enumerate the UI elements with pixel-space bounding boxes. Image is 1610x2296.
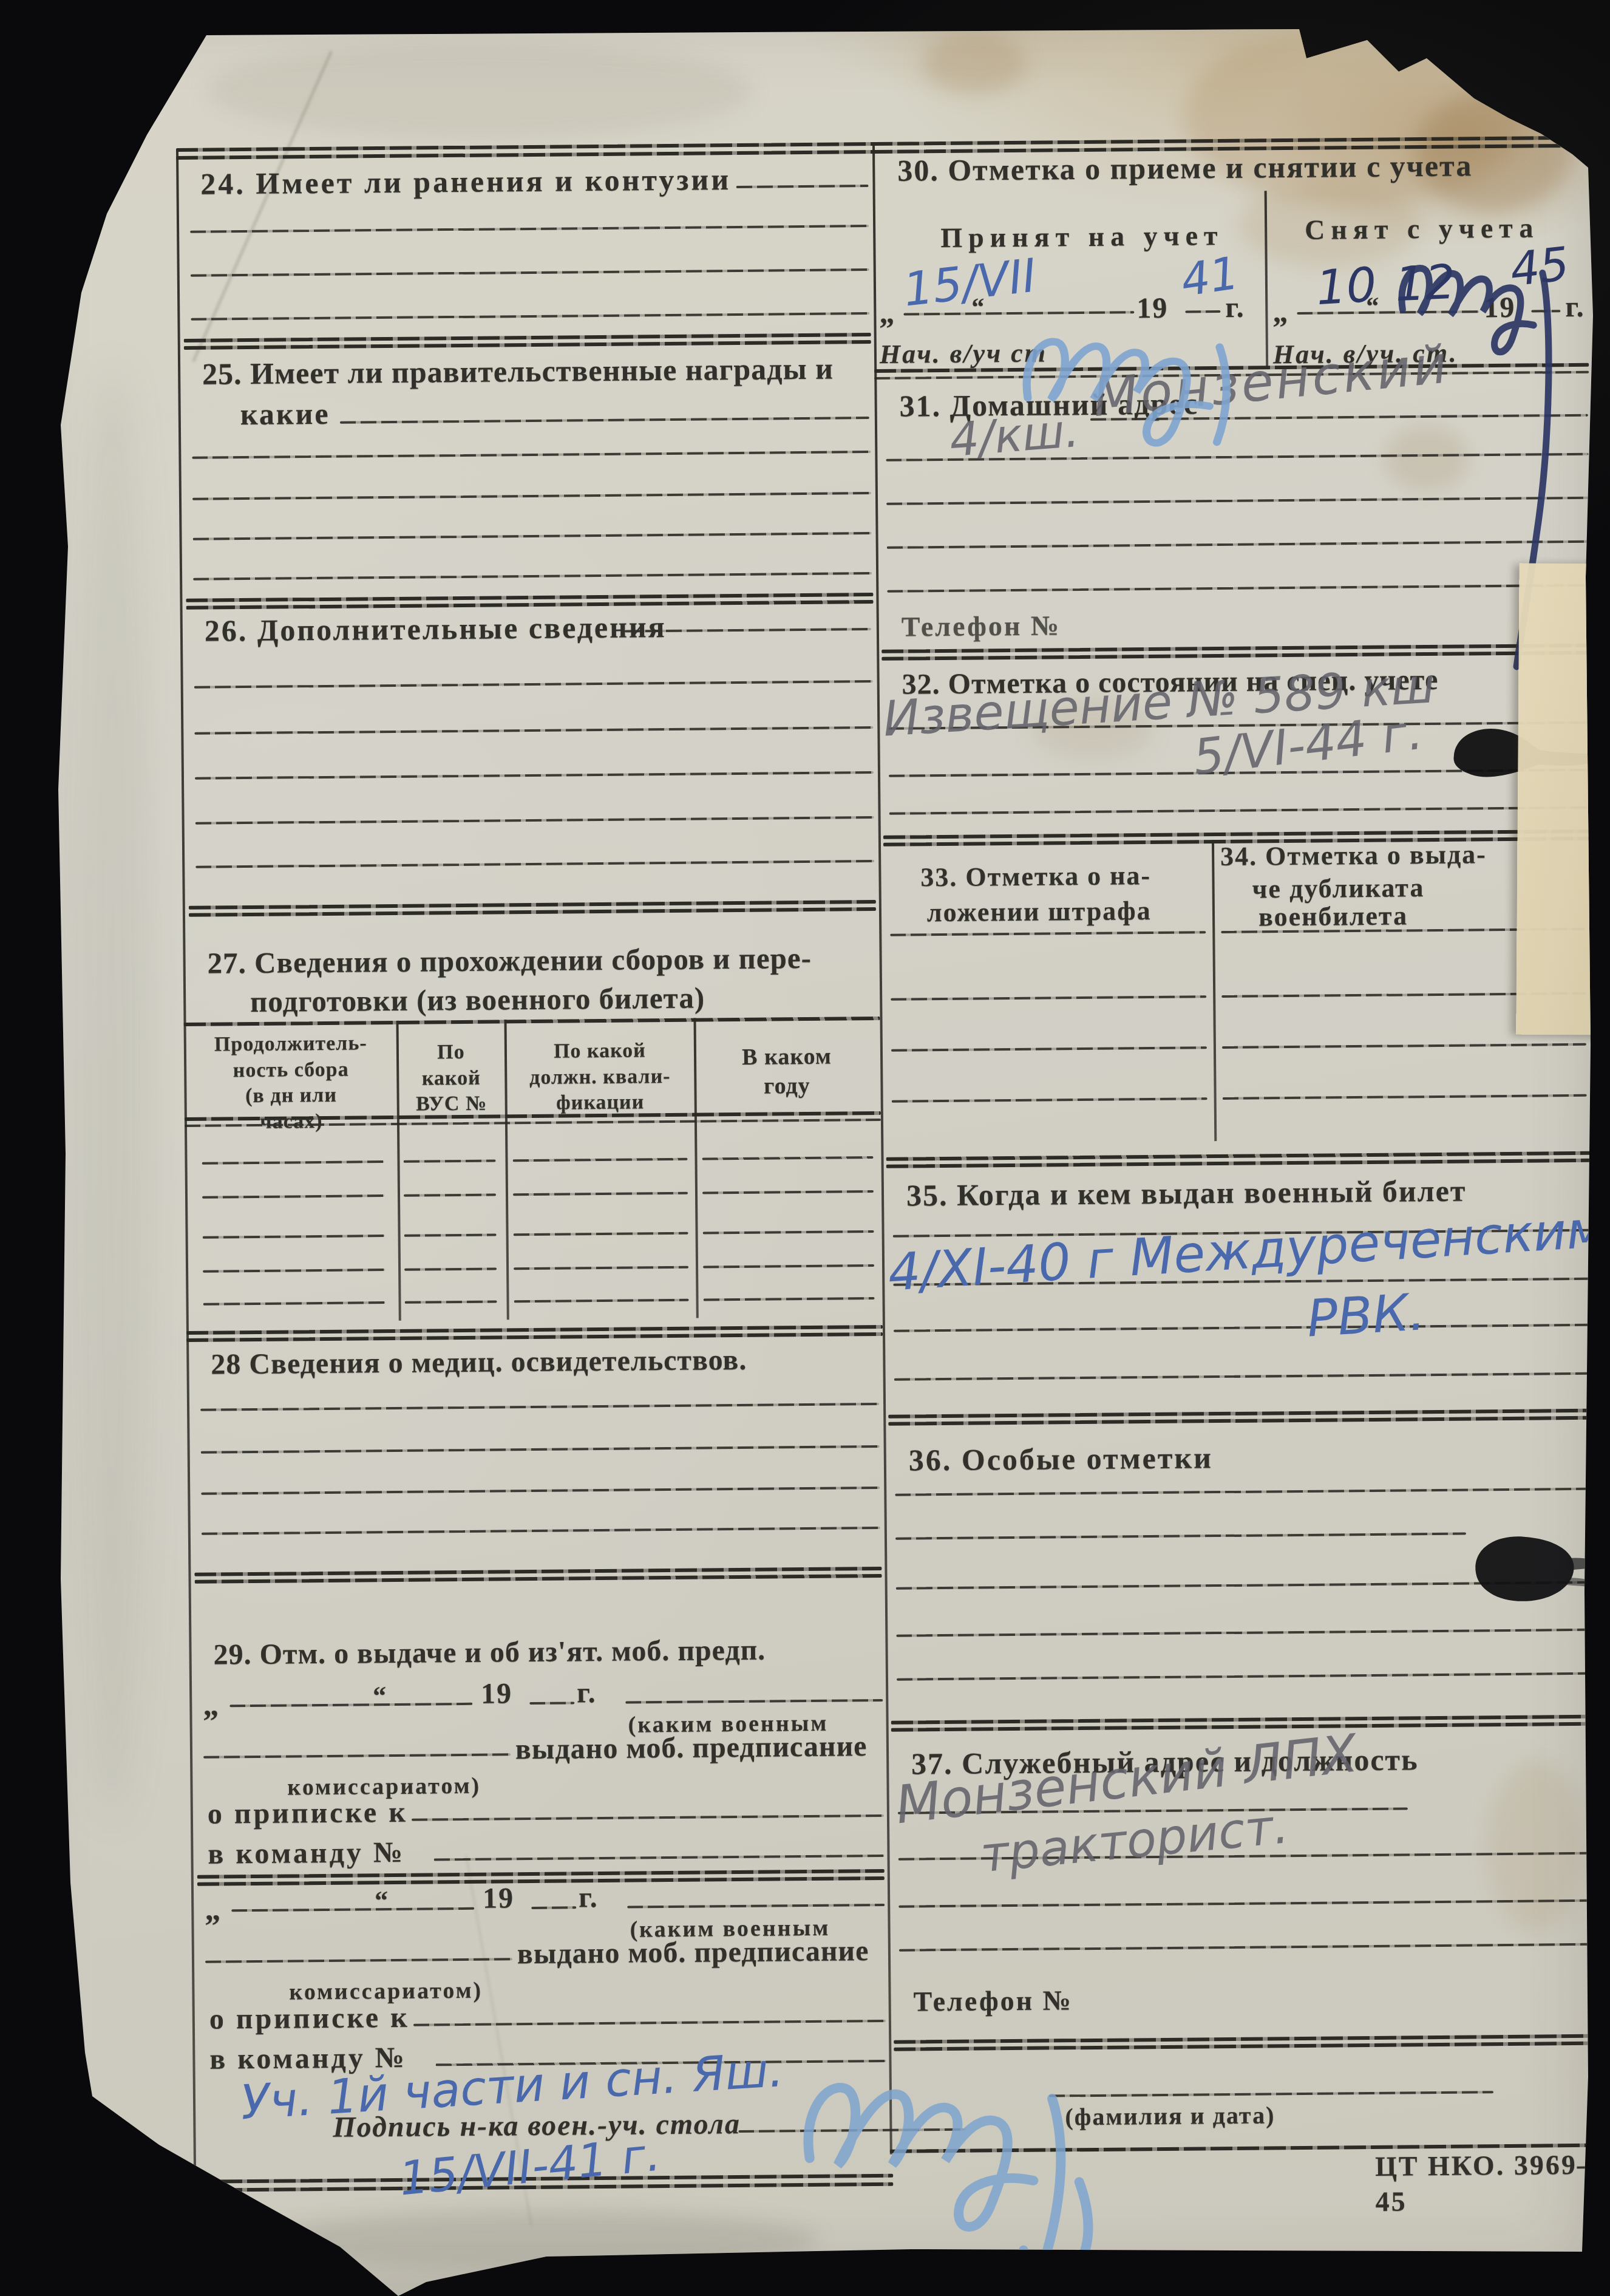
rule-line — [190, 225, 869, 233]
year-suffix-g: г. — [577, 1675, 597, 1711]
rule-line — [203, 1235, 385, 1239]
team-label: в команду № — [208, 1834, 405, 1873]
quote-open: „ — [205, 1890, 222, 1929]
year-19-prefix: 19 — [483, 1880, 515, 1916]
rule-line — [404, 1193, 496, 1196]
field-26-label: 26. Дополнительные сведения — [205, 608, 667, 650]
rule-line — [736, 185, 869, 188]
rule-line — [894, 1324, 1596, 1332]
issued-mob-label: выдано моб. предписание — [515, 1728, 868, 1768]
rule-line — [897, 1672, 1599, 1681]
rule-line — [200, 1403, 879, 1411]
rule-line — [702, 1190, 874, 1194]
quote-close: “ — [375, 1884, 389, 1917]
rule-line — [890, 931, 1206, 936]
field-34-label: 34. Отметка о выда- — [1220, 837, 1487, 873]
document-paper: 24. Имеет ли ранения и контузии 25. Имее… — [0, 0, 1610, 2296]
table-border-line — [176, 149, 196, 2190]
rule-line — [513, 1158, 688, 1162]
table-col-header-vus: По какой ВУС № — [401, 1039, 501, 1117]
quote-open: „ — [203, 1685, 220, 1725]
rule-line — [895, 1533, 1466, 1540]
handwritten-ticket-issued2: РВК. — [1305, 1282, 1427, 1349]
field-27-label2: подготовки (из военного билета) — [250, 979, 705, 1020]
rule-line — [899, 1943, 1602, 1952]
assign-label: о приписке к — [208, 1794, 409, 1833]
table-border-line — [1212, 840, 1217, 1141]
rule-line — [891, 995, 1206, 1001]
phone-label: Телефон № — [913, 1983, 1073, 2019]
assign-label: о приписке к — [209, 2000, 410, 2038]
rule-line — [404, 1233, 497, 1236]
field-35-label: 35. Когда и кем выдан военный билет — [906, 1172, 1467, 1215]
field-25-label: 25. Имеет ли правительственные награды и — [202, 350, 834, 393]
field-30-label: 30. Отметка о приеме и снятии с учета — [897, 146, 1472, 189]
signature-chief-accepted — [1009, 289, 1277, 455]
rule-line — [703, 1230, 874, 1234]
rule-line — [412, 1814, 884, 1821]
table-col-header-year: В каком году — [699, 1042, 875, 1102]
rule-line — [191, 312, 869, 321]
rule-line — [205, 1958, 512, 1963]
rule-line — [704, 1297, 875, 1301]
rule-line — [192, 492, 871, 500]
rule-line — [193, 532, 872, 540]
rule-line — [404, 1267, 497, 1270]
rule-line — [192, 451, 871, 459]
rule-line — [191, 268, 869, 277]
rule-line — [531, 1906, 576, 1909]
rule-line — [514, 1232, 688, 1236]
rule-line — [195, 771, 874, 780]
field-34-label3: военбилета — [1258, 899, 1408, 933]
rule-line — [194, 680, 873, 689]
rule-line — [202, 1194, 384, 1199]
form-rule-lines — [0, 0, 1609, 2]
rule-line — [529, 1702, 574, 1705]
rule-line — [891, 1046, 1207, 1052]
field-25-label2: какие — [240, 395, 330, 434]
repair-tape-strip — [1516, 563, 1610, 1035]
table-border-line — [504, 1020, 509, 1320]
field-36-label: 36. Особые отметки — [909, 1439, 1214, 1479]
registration-card-form: 24. Имеет ли ранения и контузии 25. Имее… — [0, 0, 1610, 2296]
table-col-header-qualification: По какой должн. квали- фикации — [509, 1038, 691, 1117]
rule-line — [702, 1156, 873, 1160]
table-col-header-duration: Продолжитель- ность сбора (в дн или часа… — [190, 1030, 392, 1136]
rule-line — [625, 1699, 883, 1704]
ink-blot — [1463, 1527, 1606, 1613]
rule-line — [231, 1907, 474, 1912]
rule-line — [340, 417, 869, 424]
rule-line — [896, 1629, 1598, 1637]
issued-mob-label: выдано моб. предписание — [517, 1933, 869, 1972]
rule-line — [894, 1372, 1597, 1381]
rule-line — [898, 1899, 1601, 1908]
rule-line — [229, 1703, 472, 1707]
rule-line — [195, 860, 874, 868]
field-24-label: 24. Имеет ли ранения и контузии — [200, 160, 731, 203]
signature-clerk — [787, 2025, 1142, 2289]
scanned-document-page: 24. Имеет ли ранения и контузии 25. Имее… — [0, 0, 1610, 2296]
rule-line — [514, 1299, 689, 1303]
rule-line — [405, 1300, 497, 1303]
rule-line — [201, 1487, 880, 1495]
year-19-prefix: 19 — [481, 1675, 513, 1712]
rule-line — [201, 1445, 880, 1454]
rule-line — [203, 1753, 511, 1758]
field-33-label: 33. Отметка о на- — [920, 859, 1151, 894]
rule-line — [203, 1269, 385, 1273]
year-suffix-g: г. — [579, 1879, 599, 1916]
rule-line — [195, 816, 874, 825]
rule-line — [1223, 1094, 1587, 1100]
rule-line — [434, 1855, 885, 1861]
phone-label: Телефон № — [902, 608, 1061, 644]
rule-line — [202, 1160, 384, 1165]
rule-line — [203, 1301, 386, 1306]
field-28-label: 28 Сведения о медиц. освидетельствов. — [211, 1342, 747, 1383]
table-border-line — [693, 1018, 698, 1318]
rule-line — [892, 1097, 1207, 1103]
handwritten-removed-day: 10 — [1314, 257, 1378, 316]
field-33-label2: ложении штрафа — [927, 894, 1152, 929]
quote-close: “ — [373, 1679, 387, 1712]
table-border-line — [396, 1021, 401, 1321]
rule-line — [627, 1904, 885, 1909]
field-27-label: 27. Сведения о прохождении сборов и пере… — [207, 939, 812, 982]
rule-line — [889, 806, 1592, 815]
rule-line — [202, 1527, 880, 1535]
field-29-label: 29. Отм. о выдаче и об из'ят. моб. предп… — [213, 1632, 766, 1674]
quote-open: „ — [879, 294, 896, 332]
rule-line — [404, 1159, 496, 1162]
rule-line — [703, 1264, 874, 1268]
print-code: ЦТ НКО. 3969—45 — [1375, 2147, 1610, 2219]
table-border-line — [872, 143, 892, 2155]
rule-line — [193, 572, 872, 581]
accepted-title: Принят на учет — [940, 218, 1224, 256]
rule-line — [1222, 1043, 1586, 1049]
rule-line — [895, 1488, 1597, 1496]
rule-line — [513, 1192, 688, 1196]
handwritten-ticket-issued: 4/XI-40 г Междуреченским — [886, 1199, 1606, 1303]
rule-line — [514, 1266, 688, 1270]
rule-line — [194, 726, 873, 735]
rule-line — [413, 2020, 886, 2026]
